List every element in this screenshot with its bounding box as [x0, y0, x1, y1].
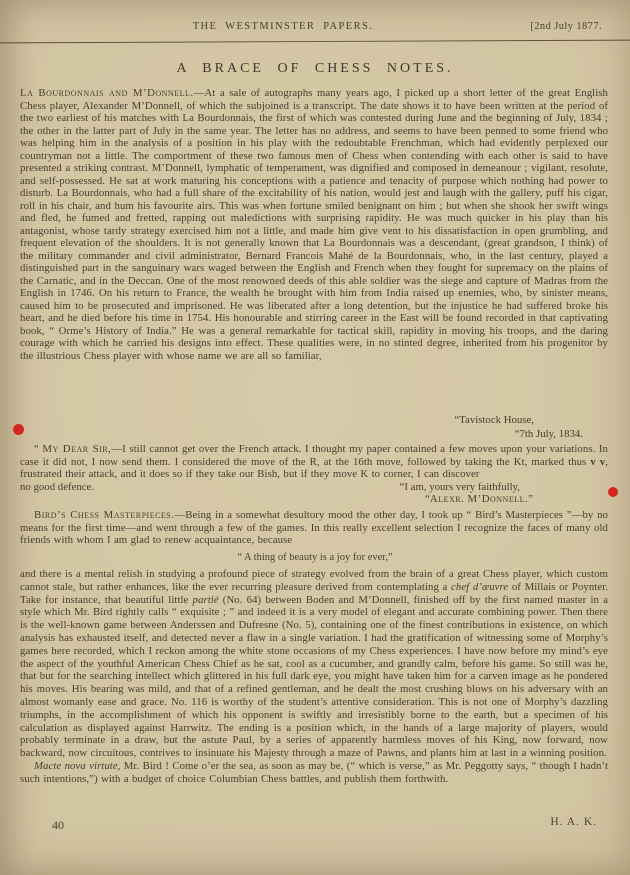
scanned-page: THE WESTMINSTER PAPERS. [2nd July 1877. … — [0, 0, 630, 875]
letter-body: “ My Dear Sir,—I still cannot get over t… — [20, 443, 608, 481]
macte-paragraph: Macte nova virtute, Mr. Bird ! Come o’er… — [20, 760, 608, 786]
note-la-bourdonnais-paragraph: La Bourdonnais and M’Donnell.—At a sale … — [20, 87, 608, 362]
transcribed-letter: “Tavistock House, “7th July, 1834. “ My … — [20, 414, 608, 506]
letter-date: “7th July, 1834. — [20, 428, 608, 442]
letter-last-line: no good defence. “I am, yours very faith… — [20, 481, 608, 494]
letter-closing: “I am, yours very faithfully, — [400, 481, 608, 494]
red-dot-marker — [608, 487, 618, 497]
header-rule — [0, 40, 630, 44]
letter-body-end: no good defence. — [20, 481, 94, 494]
page-number: 40 — [52, 818, 64, 833]
closing-paragraph: and there is a mental relish in studying… — [20, 568, 608, 760]
letter-signature: “Alexr. M’Donnell.” — [20, 493, 608, 506]
article-title: A BRACE OF CHESS NOTES. — [0, 61, 630, 77]
poetry-quote: “ A thing of beauty is a joy for ever,” — [0, 552, 630, 563]
author-initials: H. A. K. — [550, 816, 597, 828]
note-birds-masterpieces-paragraph: Bird’s Chess Masterpieces.—Being in a so… — [20, 509, 608, 547]
issue-date: [2nd July 1877. — [530, 21, 602, 32]
journal-title: THE WESTMINSTER PAPERS. — [0, 21, 566, 32]
closing-section: and there is a mental relish in studying… — [20, 568, 608, 786]
letter-address: “Tavistock House, — [20, 414, 608, 428]
red-dot-marker — [13, 424, 24, 435]
